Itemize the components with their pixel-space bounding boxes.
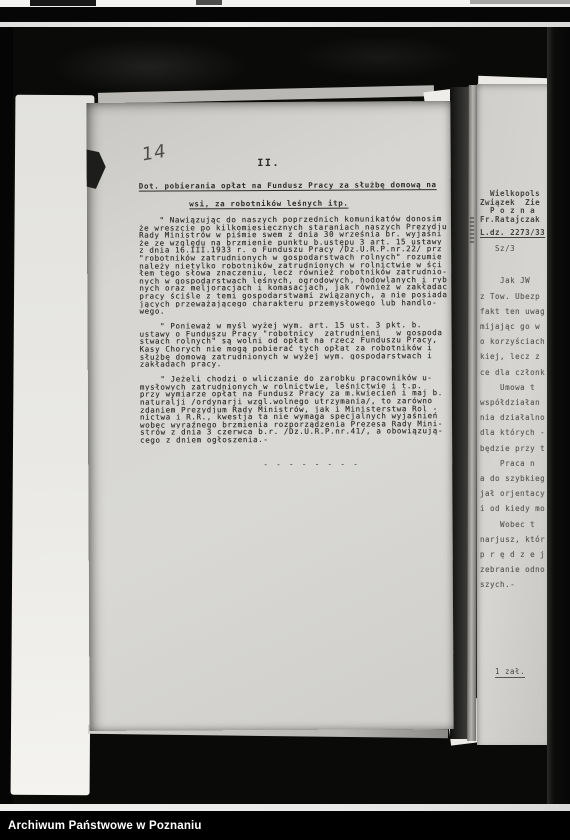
document-page: 14 II. Dot. pobierania opłat na Fundusz … [86, 101, 453, 731]
text-line: o korzyściach [480, 334, 547, 349]
text-line: Praca n [480, 456, 547, 471]
text-line: i od kiedy mo [480, 501, 547, 516]
frame-divider-bottom [0, 804, 570, 811]
text-line: ce dla członk [480, 365, 547, 380]
text-line: Wobec t [480, 517, 547, 532]
paragraph: " Ponieważ w myśl wyżej wym. art. 15 ust… [140, 321, 452, 368]
film-border-top [0, 7, 570, 22]
film-border-right [547, 27, 570, 804]
document-body: " Nawiązując do naszych poprzednich komu… [139, 215, 452, 452]
photo-area: 14 II. Dot. pobierania opłat na Fundusz … [0, 27, 570, 804]
text-line: z Tow. Ubezp [480, 289, 547, 304]
document-title-line1: Dot. pobierania opłat na Fundusz Pracy z… [139, 180, 437, 191]
attachment-note: 1 zał. [495, 667, 525, 678]
text-line: Jak JW [480, 273, 547, 288]
adjacent-page-body: Jak JWz Tow. Ubezpfakt ten uwagmijając g… [480, 273, 547, 592]
adjacent-page-letterhead: WielkopolsZwiązek Zie P o z n aFr.Ratajc… [477, 84, 547, 224]
scan-artifact [470, 0, 570, 4]
paragraph: " Nawiązując do naszych poprzednich komu… [139, 215, 452, 315]
text-line: nia działalno [480, 410, 547, 425]
paragraph: " Jeżeli chodzi o wliczanie do zarobku p… [140, 374, 452, 444]
adjacent-page: WielkopolsZwiązek Zie P o z n aFr.Ratajc… [477, 84, 547, 745]
reference-number: L.dz. 2273/33 [480, 228, 547, 237]
text-line: p r ę d z e j [480, 547, 547, 562]
document-title-line2: wsi, za robotników leśnych itp. [87, 198, 451, 209]
text-line: szych.- [480, 577, 547, 592]
edge-stamp-marks [470, 217, 474, 243]
scan-viewer: 14 II. Dot. pobierania opłat na Fundusz … [0, 0, 570, 840]
text-line: narjusz, któr [480, 532, 547, 547]
text-line: kiej, lecz z [480, 349, 547, 364]
scan-top-margin [0, 0, 570, 7]
text-line: Umowa t [480, 380, 547, 395]
dashed-separator: - - - - - - - - [263, 460, 359, 470]
underlying-page-edge [11, 95, 95, 796]
text-line: zebranie odno [480, 562, 547, 577]
archive-watermark-bar: Archiwum Państwowe w Poznaniu [0, 811, 570, 840]
section-number: II. [87, 157, 451, 170]
text-line: będzie przy t [480, 441, 547, 456]
scan-artifact [30, 0, 96, 6]
archive-name-label: Archiwum Państwowe w Poznaniu [0, 820, 202, 832]
text-line: fakt ten uwag [480, 304, 547, 319]
reference-initials: Sz/3 [480, 244, 547, 253]
text-line: a do szybkieg [480, 471, 547, 486]
text-line: cego z dniem ogłoszenia.- [140, 435, 452, 444]
text-line: jał orjentacy [480, 486, 547, 501]
text-line: współdziałan [480, 395, 547, 410]
text-line: dla których - [480, 425, 547, 440]
text-line: zakładach pracy. [140, 359, 452, 368]
text-line: Fr.Ratajczak [480, 216, 547, 225]
scan-artifact [196, 0, 222, 5]
text-line: mijając go w [480, 319, 547, 334]
